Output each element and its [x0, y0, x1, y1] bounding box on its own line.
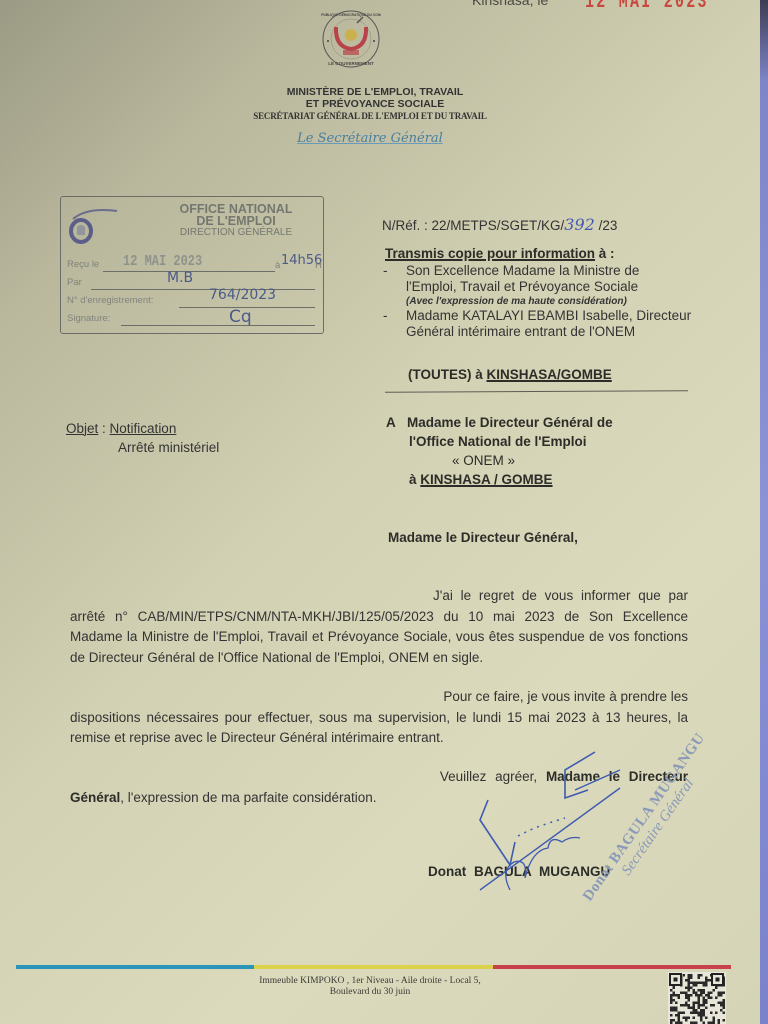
subject-block: Objet : Notification Arrêté ministériel	[66, 419, 219, 457]
ministry-name: MINISTÈRE DE L'EMPLOI, TRAVAIL ET PRÉVOY…	[260, 86, 490, 110]
divider-rule	[385, 390, 688, 393]
date-stamp: 12 MAI 2023	[585, 0, 709, 14]
subject-line-2: Arrêté ministériel	[66, 438, 219, 457]
secretariat-name: SECRÉTARIAT GÉNÉRAL DE L'EMPLOI ET DU TR…	[250, 111, 490, 121]
stamp-registration-row: N° d'enregistrement: 764/2023	[67, 295, 315, 309]
stamp-organization: OFFICE NATIONAL DE L'EMPLOI DIRECTION GÉ…	[151, 203, 321, 239]
coat-of-arms-icon: LE GOUVERNEMENT RÉPUBLIQUE DÉMOCRATIQUE …	[321, 3, 381, 77]
copies-location: (TOUTES) à KINSHASA/GOMBE	[408, 367, 612, 382]
onem-logo-icon	[67, 205, 127, 245]
reference-number: N/Réf. : 22/METPS/SGET/KG/392 /23	[382, 215, 617, 234]
stamp-received-date: 12 MAI 2023	[123, 253, 202, 270]
salutation: Madame le Directeur Général,	[388, 530, 578, 545]
copies-list: - Son Excellence Madame la Ministre de l…	[383, 263, 693, 340]
svg-text:RÉPUBLIQUE DÉMOCRATIQUE DU CON: RÉPUBLIQUE DÉMOCRATIQUE DU CONGO	[321, 12, 381, 17]
tricolor-red	[493, 965, 731, 969]
copy-item: - Son Excellence Madame la Ministre de l…	[383, 263, 693, 308]
place-date-prefix: Kinshasa, le	[472, 0, 548, 8]
addressee-block: A Madame le Directeur Général de l'Offic…	[386, 413, 613, 489]
reference-handwritten-number: 392	[564, 215, 595, 234]
copy-item: - Madame KATALAYI EBAMBI Isabelle, Direc…	[383, 308, 693, 340]
body-paragraph-1: J'ai le regret de vous informer que para…	[70, 586, 688, 668]
copies-title: Transmis copie pour information à :	[385, 246, 615, 261]
reception-stamp: OFFICE NATIONAL DE L'EMPLOI DIRECTION GÉ…	[60, 196, 324, 334]
stamp-by-row: Par M.B	[67, 277, 315, 291]
svg-text:LE GOUVERNEMENT: LE GOUVERNEMENT	[328, 61, 374, 66]
stamp-signature-row: Signature: Cq	[67, 313, 315, 327]
subject-label: Objet	[66, 421, 98, 436]
tricolor-blue	[16, 965, 254, 969]
subject-line-1: Notification	[110, 421, 177, 436]
stamp-registration-value: 764/2023	[209, 287, 276, 303]
stamp-signature-value: Cq	[229, 307, 252, 327]
tricolor-band	[16, 965, 731, 970]
stamp-by-value: M.B	[167, 270, 193, 286]
body-paragraph-2: Pour ce faire, je vous invite à prendre …	[70, 687, 688, 749]
footer-address: Immeuble KIMPOKO , 1er Niveau - Aile dro…	[230, 976, 510, 998]
ministry-line-2: ET PRÉVOYANCE SOCIALE	[260, 98, 490, 110]
tricolor-yellow	[254, 965, 492, 969]
copy-item-note: (Avec l'expression de ma haute considéra…	[406, 295, 693, 308]
qr-code-icon[interactable]	[668, 972, 726, 1024]
ministry-line-1: MINISTÈRE DE L'EMPLOI, TRAVAIL	[260, 86, 490, 98]
secretary-general-script: Le Secrétaire Général	[290, 131, 450, 146]
page-edge-background	[760, 0, 768, 1024]
